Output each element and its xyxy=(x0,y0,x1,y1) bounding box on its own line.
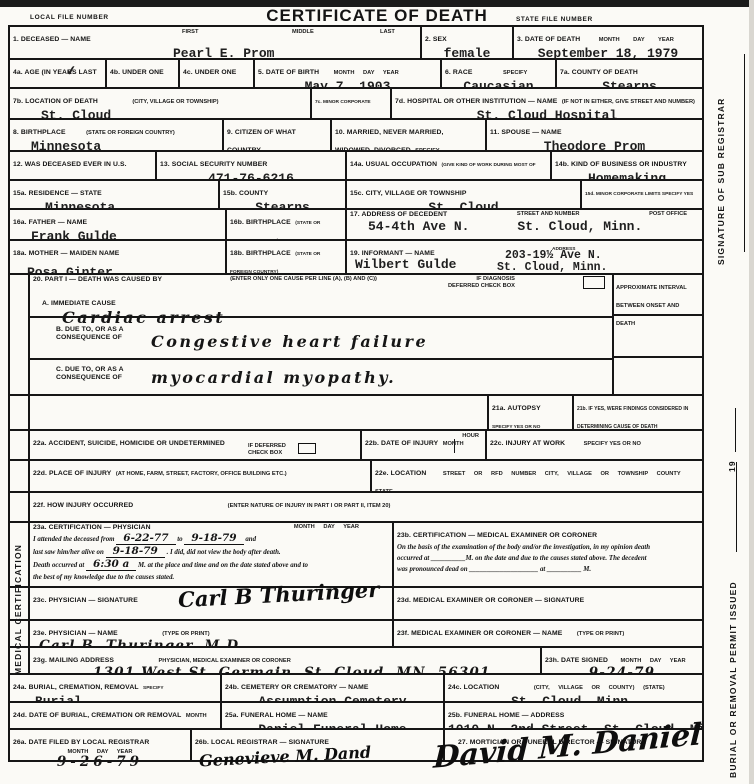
field-20c-label: C. DUE TO, OR AS A CONSEQUENCE OF xyxy=(56,366,151,382)
field-8-birthplace: 8. BIRTHPLACE (STATE OR FOREIGN COUNTRY)… xyxy=(10,120,224,150)
row-birthplace-citizen: 8. BIRTHPLACE (STATE OR FOREIGN COUNTRY)… xyxy=(10,120,702,152)
field-22a-accident: 22a. ACCIDENT, SUICIDE, HOMICIDE OR UNDE… xyxy=(30,431,362,459)
certificate-title: CERTIFICATE OF DEATH xyxy=(0,7,754,26)
cert-text: the best of my knowledge due to the caus… xyxy=(33,574,174,581)
field-7d-value: St. Cloud Hospital xyxy=(395,109,699,118)
cert-text: Death occurred at xyxy=(33,562,84,569)
field-23e-physician-name: 23e. PHYSICIAN — NAME (TYPE OR PRINT) Ca… xyxy=(30,621,394,646)
field-24b-value: Assumption Cemetery xyxy=(225,695,440,701)
field-23a-label: 23a. CERTIFICATION — PHYSICIAN xyxy=(33,524,151,532)
field-5-date-of-birth: 5. DATE OF BIRTH MONTH DAY YEAR May 7, 1… xyxy=(255,60,442,87)
field-20a-label: A. IMMEDIATE CAUSE xyxy=(42,300,116,307)
field-11-value: Theodore Prom xyxy=(490,140,699,150)
field-1-label: 1. DECEASED — NAME xyxy=(13,36,91,43)
medical-certification-strip xyxy=(10,523,30,586)
field-7d-hint: (IF NOT IN EITHER, GIVE STREET AND NUMBE… xyxy=(562,99,695,105)
field-20-interval-column: APPROXIMATE INTERVAL BETWEEN ONSET AND D… xyxy=(614,275,702,394)
field-1-last-hint: LAST xyxy=(380,29,395,36)
field-15a-value: Minnesota xyxy=(45,201,215,208)
field-23b-certification-coroner: 23b. CERTIFICATION — MEDICAL EXAMINER OR… xyxy=(394,523,702,586)
field-24c-label: 24c. LOCATION xyxy=(448,684,499,691)
field-16b-label: 16b. BIRTHPLACE xyxy=(230,219,291,226)
row-accident: 22a. ACCIDENT, SUICIDE, HOMICIDE OR UNDE… xyxy=(10,431,702,461)
field-5-mdy-hint: MONTH DAY YEAR xyxy=(334,70,399,76)
field-25b-label: 25b. FUNERAL HOME — ADDRESS xyxy=(448,712,564,719)
burial-permit-label: BURIAL OR REMOVAL PERMIT ISSUED xyxy=(728,556,738,778)
field-23d-coroner-signature: 23d. MEDICAL EXAMINER OR CORONER — SIGNA… xyxy=(394,588,702,619)
cert-text: occurred at __________M. on the date and… xyxy=(397,555,647,562)
field-23f-coroner-name: 23f. MEDICAL EXAMINER OR CORONER — NAME … xyxy=(394,621,702,646)
field-13-value: 471-76-6216 xyxy=(160,172,342,179)
field-12-label: 12. WAS DECEASED EVER IN U.S. ARMED FORC… xyxy=(13,161,127,179)
row-age-birth: 4a. AGE (IN YEARS LAST BIRTHDAY) ✔ 76 4b… xyxy=(10,60,702,89)
field-2-sex: 2. SEX female xyxy=(422,27,514,58)
field-23c-physician-signature: 23c. PHYSICIAN — SIGNATURE Carl B Thurin… xyxy=(30,588,394,619)
field-6-value: Caucasian xyxy=(445,80,552,87)
field-6-hint: SPECIFY xyxy=(503,70,527,76)
time-of-death: 6:30 a xyxy=(86,558,136,571)
local-file-number-label: LOCAL FILE NUMBER xyxy=(30,14,109,21)
field-6-race: 6. RACE SPECIFY Caucasian xyxy=(442,60,557,87)
field-18b-label: 18b. BIRTHPLACE xyxy=(230,250,291,257)
field-20b-label: B. DUE TO, OR AS A CONSEQUENCE OF xyxy=(56,326,151,342)
field-3-date-of-death: 3. DATE OF DEATH MONTH DAY YEAR Septembe… xyxy=(514,27,702,58)
field-15b-county: 15b. COUNTY Stearns xyxy=(220,181,347,208)
row-burial: 24a. BURIAL, CREMATION, REMOVAL SPECIFY … xyxy=(10,675,702,703)
field-22b-label: 22b. DATE OF INJURY xyxy=(365,440,438,447)
pen-checkmark-icon: ✔ xyxy=(65,63,79,80)
field-16b-father-birthplace: 16b. BIRTHPLACE (STATE OR FOREIGN COUNTR… xyxy=(227,210,347,239)
field-24c-value: St. Cloud, Minn. xyxy=(448,695,699,701)
field-8-value: Minnesota xyxy=(31,140,219,150)
field-17-label: 17. ADDRESS OF DECEDENT xyxy=(350,211,447,219)
field-23g-mailing-address: 23g. MAILING ADDRESS PHYSICIAN, MEDICAL … xyxy=(30,648,542,673)
field-23d-label: 23d. MEDICAL EXAMINER OR CORONER — SIGNA… xyxy=(397,597,584,604)
scan-right-edge xyxy=(749,0,754,784)
field-23h-mdy-hint: MONTH DAY YEAR xyxy=(621,658,686,664)
medical-certification-strip xyxy=(10,588,30,619)
field-15d-label: 15d. MINOR CORPORATE LIMITS SPECIFY YES … xyxy=(585,192,693,208)
field-23a-certification-physician: 23a. CERTIFICATION — PHYSICIAN MONTH DAY… xyxy=(30,523,394,586)
field-15b-value: Stearns xyxy=(223,201,342,208)
field-14b-industry: 14b. KIND OF BUSINESS OR INDUSTRY Homema… xyxy=(552,152,702,179)
field-16a-label: 16a. FATHER — NAME xyxy=(13,219,87,226)
field-10-label: 10. MARRIED, NEVER MARRIED, WIDOWED, DIV… xyxy=(335,129,443,150)
field-23h-date-signed: 23h. DATE SIGNED MONTH DAY YEAR 9-24-79 xyxy=(542,648,702,673)
row-mailing-address: 23g. MAILING ADDRESS PHYSICIAN, MEDICAL … xyxy=(10,648,702,675)
field-16a-value: Frank Gulde xyxy=(31,230,222,239)
field-15b-label: 15b. COUNTY xyxy=(223,190,268,197)
field-19-address2-value: St. Cloud, Minn. xyxy=(497,262,607,273)
field-8-label: 8. BIRTHPLACE xyxy=(13,129,66,136)
sub-registrar-year-line xyxy=(735,408,736,452)
field-22f-label: 22f. HOW INJURY OCCURRED xyxy=(33,502,133,509)
field-3-mdy-hint: MONTH DAY YEAR xyxy=(599,37,674,43)
field-10-hint: SPECIFY xyxy=(415,148,439,150)
field-13-ssn: 13. SOCIAL SECURITY NUMBER 471-76-6216 xyxy=(157,152,347,179)
field-22d-hint: (AT HOME, FARM, STREET, FACTORY, OFFICE … xyxy=(116,471,287,477)
field-15c-city: 15c. CITY, VILLAGE OR TOWNSHIP St. Cloud xyxy=(347,181,582,208)
field-14a-label: 14a. USUAL OCCUPATION xyxy=(350,161,437,168)
field-12-armed-forces: 12. WAS DECEASED EVER IN U.S. ARMED FORC… xyxy=(10,152,157,179)
cert-text: was pronounced dead on _________________… xyxy=(397,566,591,573)
field-11-spouse: 11. SPOUSE — NAME Theodore Prom xyxy=(487,120,702,150)
field-11-label: 11. SPOUSE — NAME xyxy=(490,129,562,136)
section-20-cause-of-death: 20. PART I — DEATH WAS CAUSED BY (ENTER … xyxy=(10,275,702,396)
field-13-label: 13. SOCIAL SECURITY NUMBER xyxy=(160,161,267,168)
field-15c-label: 15c. CITY, VILLAGE OR TOWNSHIP xyxy=(350,190,467,197)
cert-text: . I did, did not view the body after dea… xyxy=(167,549,281,556)
field-8-hint: (STATE OR FOREIGN COUNTRY) xyxy=(86,130,175,136)
row-residence: 15a. RESIDENCE — STATE Minnesota 15b. CO… xyxy=(10,181,702,210)
field-7d-label: 7d. HOSPITAL OR OTHER INSTITUTION — NAME xyxy=(395,98,557,105)
field-27-mortician-signature: 27. MORTICIAN OR FUNERAL DIRECTOR — SIGN… xyxy=(445,730,702,760)
field-9-label: 9. CITIZEN OF WHAT COUNTRY xyxy=(227,129,296,150)
field-15d-corporate-limits: 15d. MINOR CORPORATE LIMITS SPECIFY YES … xyxy=(582,181,702,208)
field-19-name-value: Wilbert Gulde xyxy=(355,258,456,272)
field-3-value: September 18, 1979 xyxy=(517,47,699,58)
field-18b-mother-birthplace: 18b. BIRTHPLACE (STATE OR FOREIGN COUNTR… xyxy=(227,241,347,273)
field-17-address-of-decedent: 17. ADDRESS OF DECEDENT STREET AND NUMBE… xyxy=(347,210,702,239)
field-22c-injury-at-work: 22c. INJURY AT WORK SPECIFY YES OR NO xyxy=(487,431,702,459)
field-21b-label: 21b. IF YES, WERE FINDINGS CONSIDERED IN… xyxy=(577,406,688,429)
field-25a-funeral-home-name: 25a. FUNERAL HOME — NAME Daniel Funeral … xyxy=(222,703,445,728)
attended-from-date: 6-22-77 xyxy=(116,532,175,545)
field-20c-value: myocardial myopathy. xyxy=(151,370,396,386)
field-22a-label: 22a. ACCIDENT, SUICIDE, HOMICIDE OR UNDE… xyxy=(33,440,225,447)
field-1-middle-hint: MIDDLE xyxy=(292,29,314,36)
field-7a-county-of-death: 7a. COUNTY OF DEATH Stearns xyxy=(557,60,702,87)
cert-text: and xyxy=(245,536,256,543)
field-19-label: 19. INFORMANT — NAME xyxy=(350,250,435,257)
field-7c-label: 7c. MINOR CORPORATE LIMITS SPECIFY YES O… xyxy=(315,100,380,118)
row-registrar: 26a. DATE FILED BY LOCAL REGISTRAR MONTH… xyxy=(10,730,702,760)
field-26a-label: 26a. DATE FILED BY LOCAL REGISTRAR xyxy=(13,739,149,746)
field-7a-label: 7a. COUNTY OF DEATH xyxy=(560,69,638,76)
field-20-deferred-label: IF DIAGNOSIS DEFERRED CHECK BOX xyxy=(445,276,515,289)
field-18a-mother-name: 18a. MOTHER — MAIDEN NAME Rosa Ginter xyxy=(10,241,227,273)
certificate-form: MEDICAL CERTIFICATION 1. DECEASED — NAME… xyxy=(8,25,704,762)
field-25a-label: 25a. FUNERAL HOME — NAME xyxy=(225,712,328,719)
field-23g-hint: PHYSICIAN, MEDICAL EXAMINER OR CORONER xyxy=(159,658,291,664)
field-20-causes: 20. PART I — DEATH WAS CAUSED BY (ENTER … xyxy=(30,275,614,394)
field-25a-value: Daniel Funeral Home xyxy=(225,723,440,728)
field-1-deceased-name: 1. DECEASED — NAME FIRST MIDDLE LAST Pea… xyxy=(10,27,422,58)
field-22e-location: 22e. LOCATION STREET OR RFD NUMBER CITY,… xyxy=(372,461,702,491)
row-place-of-injury: 22d. PLACE OF INJURY (AT HOME, FARM, STR… xyxy=(10,461,702,493)
field-23a-text: I attended the deceased from 6-22-77 to … xyxy=(33,532,389,583)
field-4a-age: 4a. AGE (IN YEARS LAST BIRTHDAY) ✔ 76 xyxy=(10,60,107,87)
field-24a-hint: SPECIFY xyxy=(143,686,164,691)
cert-text: M. at the place and time and on the date… xyxy=(138,562,308,569)
field-22d-place-of-injury: 22d. PLACE OF INJURY (AT HOME, FARM, STR… xyxy=(30,461,372,491)
field-26a-date-filed: 26a. DATE FILED BY LOCAL REGISTRAR MONTH… xyxy=(10,730,192,760)
row-how-injury-occurred: 22f. HOW INJURY OCCURRED (ENTER NATURE O… xyxy=(10,493,702,523)
field-23e-value: Carl B. Thuringer, M.D. xyxy=(39,640,389,646)
field-17-post-hint: POST OFFICE xyxy=(649,211,687,218)
field-21b-findings: 21b. IF YES, WERE FINDINGS CONSIDERED IN… xyxy=(574,396,702,429)
field-4b-label: 4b. UNDER ONE YEAR xyxy=(110,69,164,87)
field-5-value: May 7, 1903 xyxy=(258,80,437,87)
field-26a-value: 9-26-79 xyxy=(13,756,187,770)
field-21a-autopsy: 21a. AUTOPSY SPECIFY YES OR NO No xyxy=(489,396,574,429)
field-16a-father-name: 16a. FATHER — NAME Frank Gulde xyxy=(10,210,227,239)
field-10-marital-status: 10. MARRIED, NEVER MARRIED, WIDOWED, DIV… xyxy=(332,120,487,150)
field-24a-burial: 24a. BURIAL, CREMATION, REMOVAL SPECIFY … xyxy=(10,675,222,701)
field-23c-label: 23c. PHYSICIAN — SIGNATURE xyxy=(33,597,138,604)
field-22d-label: 22d. PLACE OF INJURY xyxy=(33,470,111,477)
field-22a-deferred-label: IF DEFERRED CHECK BOX xyxy=(248,443,294,456)
field-21a-hint: SPECIFY YES OR NO xyxy=(492,425,540,429)
field-22f-hint: (ENTER NATURE OF INJURY IN PART I OR PAR… xyxy=(228,503,391,509)
cert-text: to xyxy=(177,536,182,543)
field-2-label: 2. SEX xyxy=(425,36,447,43)
field-4c-under-one-day: 4c. UNDER ONE DAY HOURS MINUTES xyxy=(180,60,255,87)
field-7b-location-of-death: 7b. LOCATION OF DEATH (CITY, VILLAGE OR … xyxy=(10,89,312,118)
field-23b-label: 23b. CERTIFICATION — MEDICAL EXAMINER OR… xyxy=(397,532,597,539)
field-7a-value: Stearns xyxy=(560,80,699,87)
field-15a-residence-state: 15a. RESIDENCE — STATE Minnesota xyxy=(10,181,220,208)
attended-to-date: 9-18-79 xyxy=(184,532,243,545)
permit-issued-line xyxy=(736,462,737,552)
field-22b-date-of-injury: 22b. DATE OF INJURY MONTH DAY YEAR HOUR xyxy=(362,431,487,459)
field-23e-hint: (TYPE OR PRINT) xyxy=(162,631,209,637)
medical-certification-strip xyxy=(10,621,30,646)
field-5-label: 5. DATE OF BIRTH xyxy=(258,69,319,76)
field-22f-how-injury: 22f. HOW INJURY OCCURRED (ENTER NATURE O… xyxy=(30,493,702,521)
field-24c-location: 24c. LOCATION (CITY, VILLAGE OR COUNTY) … xyxy=(445,675,702,701)
field-1-value: Pearl E. Prom xyxy=(173,47,417,58)
field-24a-value: Burial xyxy=(35,695,217,701)
field-20b-value: Congestive heart failure xyxy=(151,334,428,350)
field-7d-hospital: 7d. HOSPITAL OR OTHER INSTITUTION — NAME… xyxy=(392,89,702,118)
field-20-label: 20. PART I — DEATH WAS CAUSED BY xyxy=(33,276,162,284)
row-physician-signature: 23c. PHYSICIAN — SIGNATURE Carl B Thurin… xyxy=(10,588,702,621)
field-18a-value: Rosa Ginter xyxy=(27,266,222,273)
medical-certification-strip xyxy=(10,431,30,459)
row-physician-name: 23e. PHYSICIAN — NAME (TYPE OR PRINT) Ca… xyxy=(10,621,702,648)
field-20a-value: Cardiac arrest xyxy=(62,308,225,327)
field-20-hint: (ENTER ONLY ONE CAUSE PER LINE (A), (B) … xyxy=(230,276,377,283)
field-4a-label: 4a. AGE (IN YEARS LAST BIRTHDAY) xyxy=(13,69,97,87)
field-17-post-value: St. Cloud, Minn. xyxy=(517,220,642,234)
sub-registrar-signature-line xyxy=(744,54,745,252)
medical-certification-strip xyxy=(10,648,30,673)
field-7b-value: St. Cloud xyxy=(41,109,307,118)
medical-certification-strip xyxy=(10,275,30,394)
field-part2-other-conditions xyxy=(30,396,489,429)
field-22b-hour-hint: HOUR xyxy=(462,433,479,440)
field-7c-corporate-limits: 7c. MINOR CORPORATE LIMITS SPECIFY YES O… xyxy=(312,89,392,118)
field-23g-value: 1301 West St. Germain, St. Cloud, MN 563… xyxy=(93,667,537,673)
field-24c-hint: (CITY, VILLAGE OR COUNTY) (STATE) xyxy=(534,685,665,691)
row-deceased: 1. DECEASED — NAME FIRST MIDDLE LAST Pea… xyxy=(10,27,702,60)
row-part2-autopsy: 21a. AUTOPSY SPECIFY YES OR NO No 21b. I… xyxy=(10,396,702,431)
sub-registrar-signature-label: SIGNATURE OF SUB REGISTRAR xyxy=(716,80,726,265)
cert-text: On the basis of the examination of the b… xyxy=(397,544,650,551)
medical-certification-strip xyxy=(10,396,30,429)
field-24a-label: 24a. BURIAL, CREMATION, REMOVAL xyxy=(13,684,139,691)
field-4b-under-one-year: 4b. UNDER ONE YEAR MONTHS DAYS xyxy=(107,60,180,87)
state-file-number-label: STATE FILE NUMBER xyxy=(516,16,593,23)
field-23h-value: 9-24-79 xyxy=(545,667,699,673)
field-17-street-hint: STREET AND NUMBER xyxy=(517,211,580,218)
field-22c-label: 22c. INJURY AT WORK xyxy=(490,440,565,447)
field-24d-burial-date: 24d. DATE OF BURIAL, CREMATION OR REMOVA… xyxy=(10,703,222,728)
field-24b-cemetery: 24b. CEMETERY OR CREMATORY — NAME Assump… xyxy=(222,675,445,701)
hour-divider xyxy=(454,439,455,453)
row-mother-informant: 18a. MOTHER — MAIDEN NAME Rosa Ginter 18… xyxy=(10,241,702,275)
row-location-of-death: 7b. LOCATION OF DEATH (CITY, VILLAGE OR … xyxy=(10,89,702,120)
field-17-street-value: 54-4th Ave N. xyxy=(368,220,469,234)
field-7b-hint: (CITY, VILLAGE OR TOWNSHIP) xyxy=(132,99,218,105)
last-seen-alive-date: 9-18-79 xyxy=(106,545,165,558)
diagnosis-deferred-checkbox xyxy=(583,276,605,289)
field-2-value: female xyxy=(425,47,509,58)
field-23h-label: 23h. DATE SIGNED xyxy=(545,657,608,664)
field-9-citizen: 9. CITIZEN OF WHAT COUNTRY U.S.A. xyxy=(224,120,332,150)
field-1-first-hint: FIRST xyxy=(182,29,198,36)
field-7b-label: 7b. LOCATION OF DEATH xyxy=(13,98,98,105)
row-armed-forces-ssn: 12. WAS DECEASED EVER IN U.S. ARMED FORC… xyxy=(10,152,702,181)
death-certificate-page: CERTIFICATE OF DEATH LOCAL FILE NUMBER S… xyxy=(0,0,754,784)
field-22e-label: 22e. LOCATION xyxy=(375,470,426,477)
field-14b-label: 14b. KIND OF BUSINESS OR INDUSTRY xyxy=(555,161,687,168)
field-19-informant: 19. INFORMANT — NAME ADDRESS Wilbert Gul… xyxy=(347,241,702,273)
field-3-label: 3. DATE OF DEATH xyxy=(517,36,580,43)
field-26b-registrar-signature: 26b. LOCAL REGISTRAR — SIGNATURE Genevie… xyxy=(192,730,445,760)
cert-text: last saw him/her alive on xyxy=(33,549,104,556)
field-21a-label: 21a. AUTOPSY xyxy=(492,405,541,412)
field-23f-hint: (TYPE OR PRINT) xyxy=(577,631,624,637)
field-22c-hint: SPECIFY YES OR NO xyxy=(584,441,641,447)
registrar-signature: Genevieve M. Dand xyxy=(199,745,372,770)
field-24d-label: 24d. DATE OF BURIAL, CREMATION OR REMOVA… xyxy=(13,712,181,719)
cert-text: I attended the deceased from xyxy=(33,536,115,543)
field-6-label: 6. RACE xyxy=(445,69,473,76)
row-father: 16a. FATHER — NAME Frank Gulde 16b. BIRT… xyxy=(10,210,702,241)
deferred-checkbox xyxy=(298,443,316,454)
field-24b-label: 24b. CEMETERY OR CREMATORY — NAME xyxy=(225,684,369,691)
field-23f-label: 23f. MEDICAL EXAMINER OR CORONER — NAME xyxy=(397,630,562,637)
field-23e-label: 23e. PHYSICIAN — NAME xyxy=(33,630,118,637)
field-14b-value: Homemaking xyxy=(555,172,699,179)
field-14a-occupation: 14a. USUAL OCCUPATION (GIVE KIND OF WORK… xyxy=(347,152,552,179)
field-23a-mdy-hint: MONTH DAY YEAR xyxy=(294,524,359,531)
field-4c-label: 4c. UNDER ONE DAY xyxy=(183,69,236,87)
medical-certification-strip xyxy=(10,461,30,491)
field-23g-label: 23g. MAILING ADDRESS xyxy=(33,657,114,664)
field-15a-label: 15a. RESIDENCE — STATE xyxy=(13,190,102,197)
field-18a-label: 18a. MOTHER — MAIDEN NAME xyxy=(13,250,119,257)
field-15c-value: St. Cloud xyxy=(350,201,577,208)
medical-certification-strip xyxy=(10,493,30,521)
